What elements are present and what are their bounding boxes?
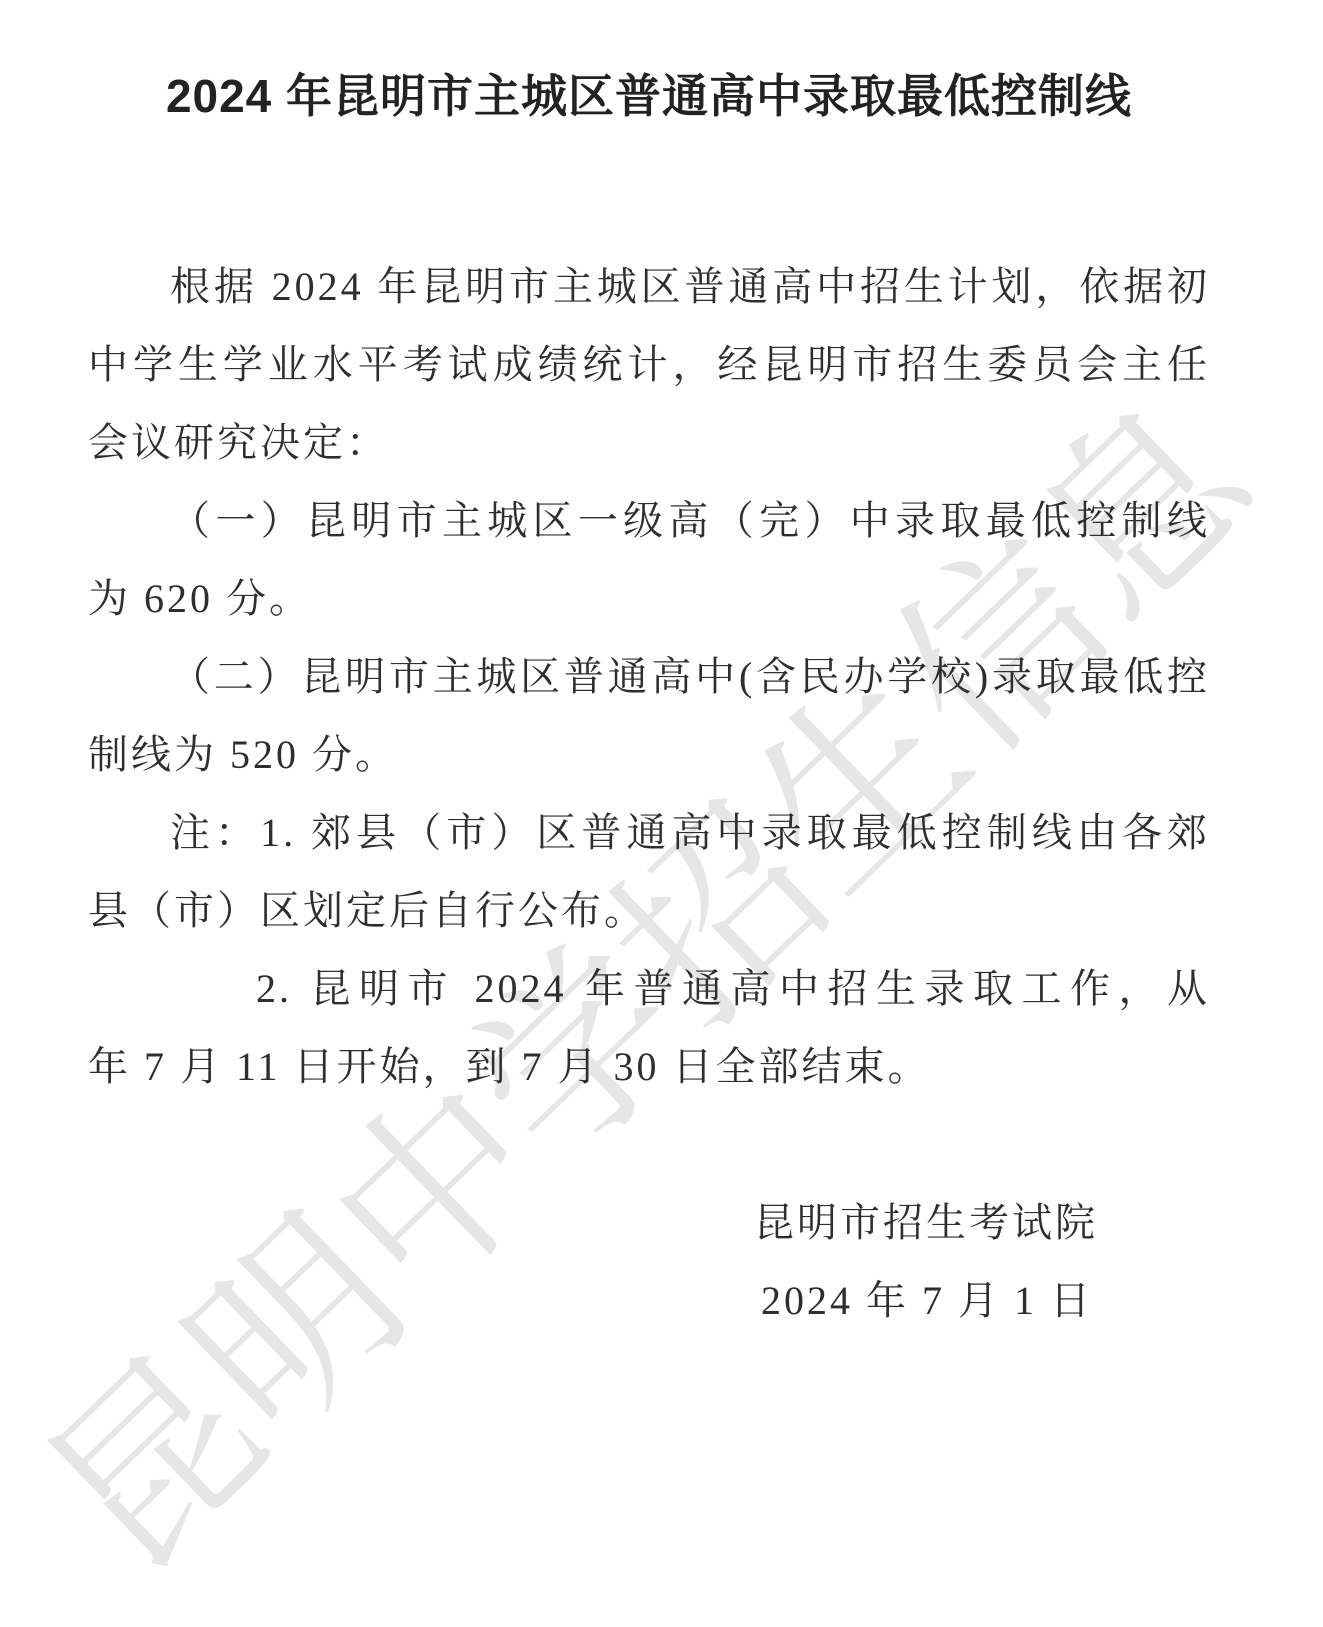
blank-line	[88, 1106, 1210, 1184]
body-line: （二）昆明市主城区普通高中(含民办学校)录取最低控	[88, 638, 1210, 716]
document-page: 昆明中学招生信息 2024 年昆明市主城区普通高中录取最低控制线 根据 2024…	[0, 0, 1323, 1627]
body-line: 会议研究决定：	[88, 404, 1210, 482]
document-title: 2024 年昆明市主城区普通高中录取最低控制线	[88, 66, 1210, 126]
body-line: 注：1. 郊县（市）区普通高中录取最低控制线由各郊	[88, 794, 1210, 872]
body-line: 2. 昆明市 2024 年普通高中招生录取工作，从 2024	[88, 950, 1210, 1028]
body-line: 根据 2024 年昆明市主城区普通高中招生计划，依据初	[88, 248, 1210, 326]
signature-date: 2024 年 7 月 1 日	[88, 1262, 1210, 1340]
body-line: 县（市）区划定后自行公布。	[88, 872, 1210, 950]
signature-issuer: 昆明市招生考试院	[88, 1184, 1210, 1262]
body-line: 年 7 月 11 日开始，到 7 月 30 日全部结束。	[88, 1028, 1210, 1106]
body-line: 中学生学业水平考试成绩统计，经昆明市招生委员会主任	[88, 326, 1210, 404]
body-line: 制线为 520 分。	[88, 716, 1210, 794]
body-line: （一）昆明市主城区一级高（完）中录取最低控制线	[88, 482, 1210, 560]
document-body: 根据 2024 年昆明市主城区普通高中招生计划，依据初 中学生学业水平考试成绩统…	[88, 248, 1210, 1340]
document-content: 2024 年昆明市主城区普通高中录取最低控制线 根据 2024 年昆明市主城区普…	[0, 0, 1323, 1340]
body-line: 为 620 分。	[88, 560, 1210, 638]
